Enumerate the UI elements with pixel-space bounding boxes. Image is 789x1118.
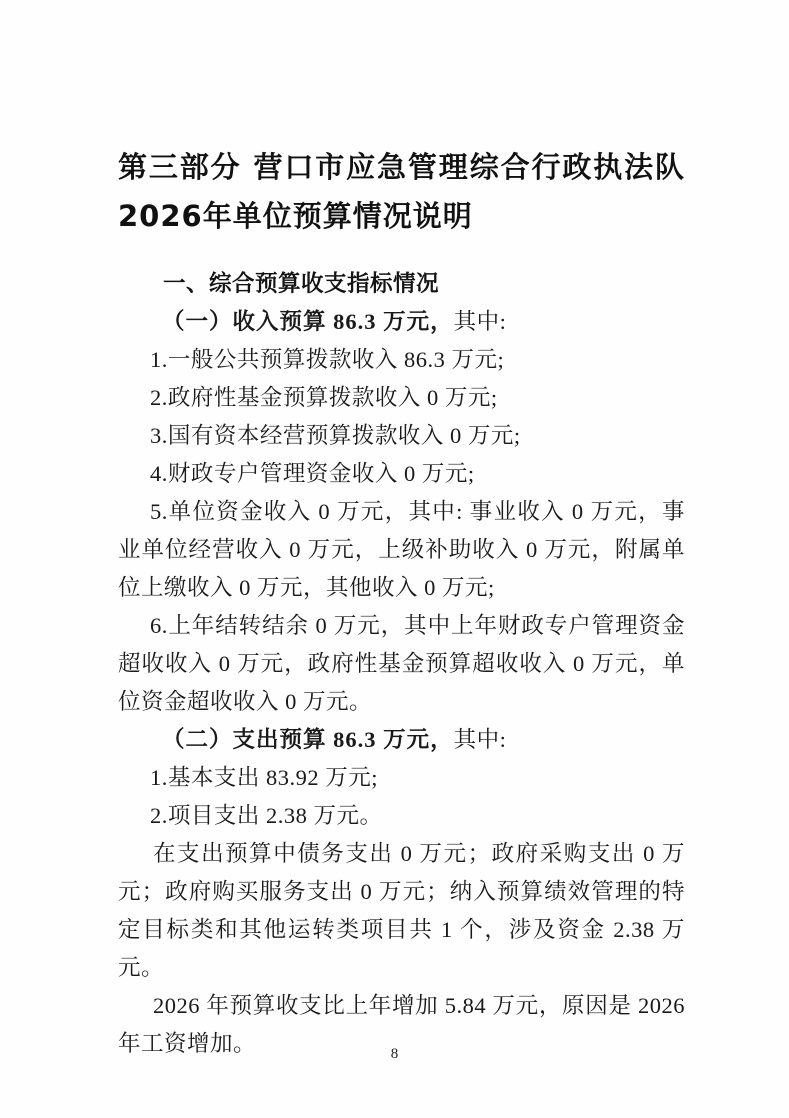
income-item-5: 5.单位资金收入 0 万元，其中: 事业收入 0 万元，事业单位经营收入 0 万… — [118, 493, 685, 607]
expenditure-lead-tail: 其中: — [454, 727, 507, 752]
expenditure-lead-bold: （二）支出预算 86.3 万元， — [162, 727, 454, 752]
expenditure-lead-paragraph: （二）支出预算 86.3 万元，其中: — [118, 721, 685, 759]
income-lead-paragraph: （一）收入预算 86.3 万元，其中: — [118, 303, 685, 341]
income-lead-bold: （一）收入预算 86.3 万元， — [162, 309, 454, 334]
income-item-1: 1.一般公共预算拨款收入 86.3 万元; — [118, 341, 685, 379]
page-number: 8 — [0, 1046, 789, 1063]
expenditure-item-2: 2.项目支出 2.38 万元。 — [118, 797, 685, 835]
document-page: 第三部分 营口市应急管理综合行政执法队2026年单位预算情况说明 一、综合预算收… — [0, 0, 789, 1118]
income-item-6: 6.上年结转结余 0 万元，其中上年财政专户管理资金超收收入 0 万元，政府性基… — [118, 607, 685, 721]
income-item-3: 3.国有资本经营预算拨款收入 0 万元; — [118, 417, 685, 455]
document-content: 第三部分 营口市应急管理综合行政执法队2026年单位预算情况说明 一、综合预算收… — [118, 143, 685, 1063]
document-title: 第三部分 营口市应急管理综合行政执法队2026年单位预算情况说明 — [118, 143, 685, 241]
income-lead-tail: 其中: — [454, 309, 507, 334]
section-heading-overview: 一、综合预算收支指标情况 — [118, 265, 685, 303]
expenditure-item-1: 1.基本支出 83.92 万元; — [118, 759, 685, 797]
income-item-4: 4.财政专户管理资金收入 0 万元; — [118, 455, 685, 493]
expenditure-note-1: 在支出预算中债务支出 0 万元；政府采购支出 0 万元；政府购买服务支出 0 万… — [118, 835, 685, 987]
income-item-2: 2.政府性基金预算拨款收入 0 万元; — [118, 379, 685, 417]
